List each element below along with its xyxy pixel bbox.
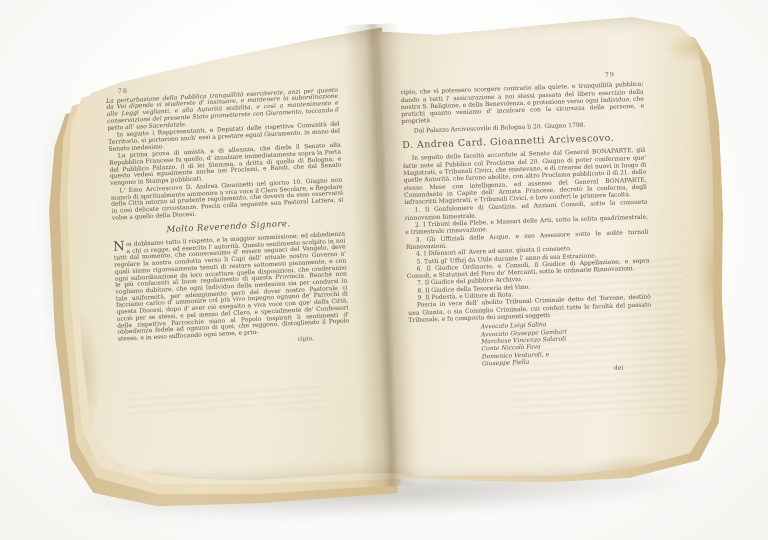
intro-paragraph: In seguito delle facoltà accordate al Se… bbox=[403, 147, 648, 207]
right-page: 79 cipio, che vi potessero scorgere cont… bbox=[376, 14, 724, 481]
left-page-text-column: 78 La perturbazione della Pubblica tranq… bbox=[106, 78, 351, 352]
council-names: Avvocato Luigi Salina Avvocato Giuseppe … bbox=[481, 318, 653, 368]
left-page: 78 La perturbazione della Pubblica tranq… bbox=[61, 27, 403, 488]
letter-paragraph: Noi dobbiamo tutto il rispetto, e la mag… bbox=[113, 232, 350, 344]
signature-heading: D. Andrea Card. Gioannetti Arcivescovo. bbox=[402, 134, 645, 150]
photo-background: 78 La perturbazione della Pubblica tranq… bbox=[0, 0, 768, 540]
ink-bleedthrough bbox=[124, 383, 325, 419]
right-page-text-column: 79 cipio, che vi potessero scorgere cont… bbox=[400, 71, 653, 379]
opening-paragraph: cipio, che vi potessero scorgere contrar… bbox=[400, 81, 644, 126]
